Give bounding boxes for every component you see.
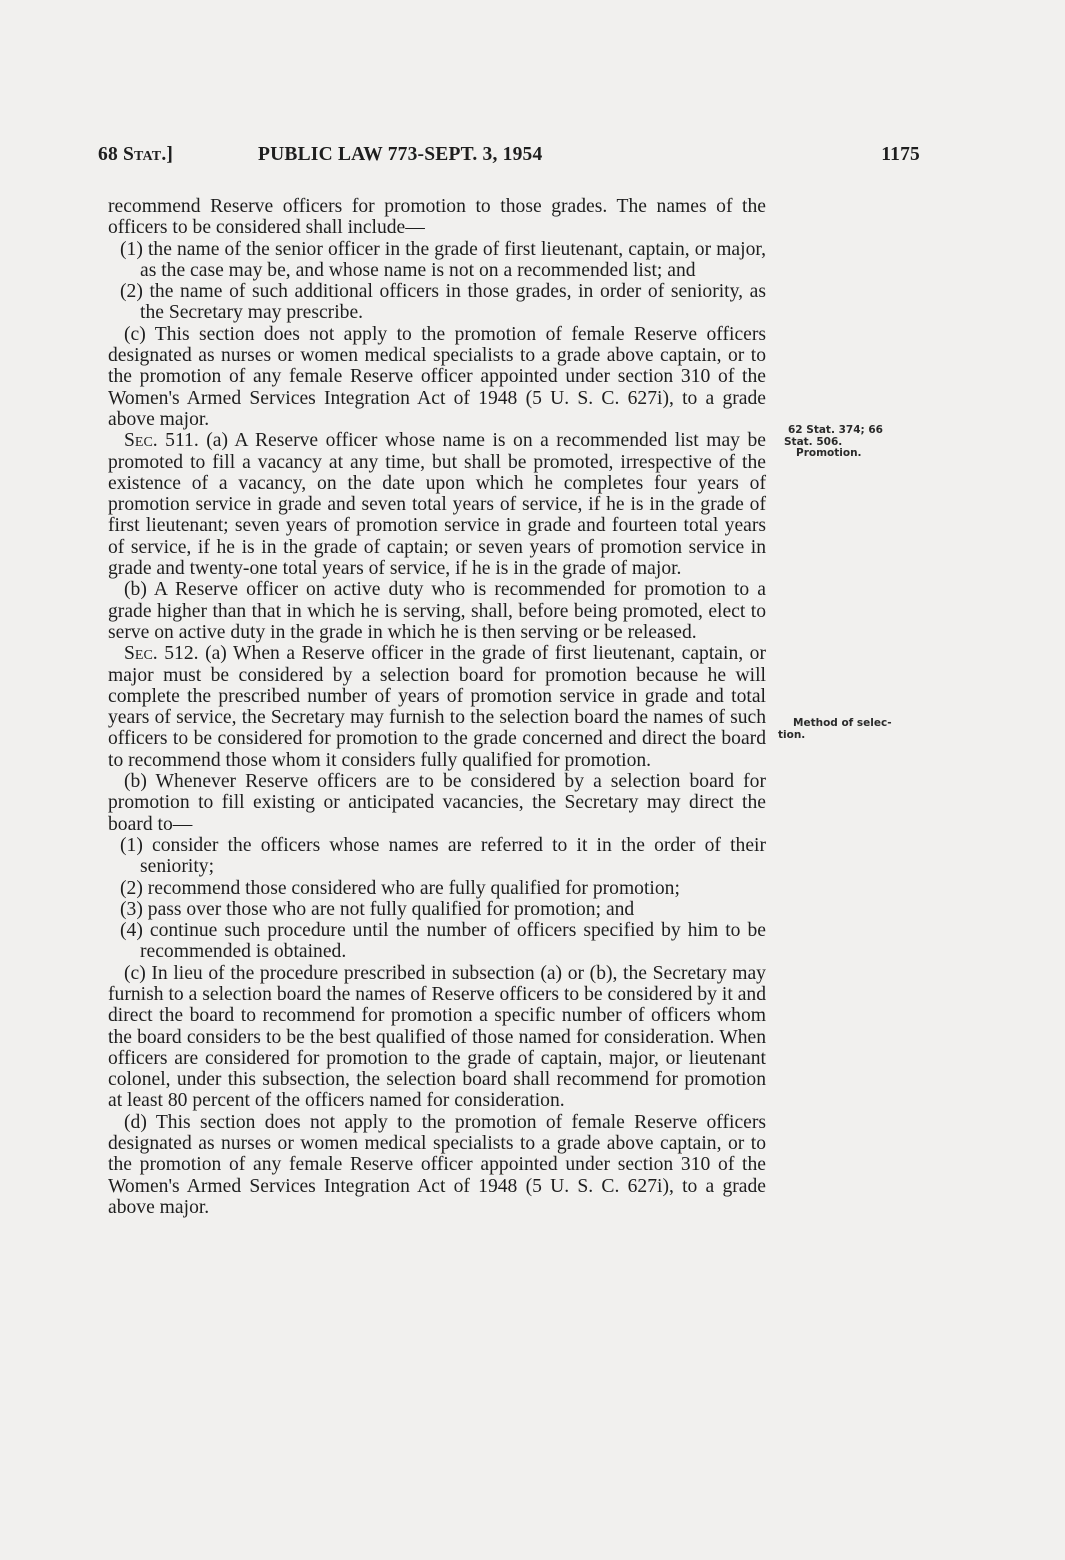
item-text: consider the officers whose names are re… <box>140 835 766 877</box>
section-number: Sec. 511. <box>124 430 199 451</box>
list-item: (4) continue such procedure until the nu… <box>92 920 766 963</box>
subsection-paragraph: (c) This section does not apply to the p… <box>108 324 766 430</box>
margin-note-line: tion. <box>778 730 892 742</box>
paragraph-text: This section does not apply to the promo… <box>108 324 766 430</box>
header-title: PUBLIC LAW 773-SEPT. 3, 1954 <box>258 144 542 166</box>
section-paragraph: Sec. 511. (a) A Reserve officer whose na… <box>108 430 766 579</box>
paragraph-text: This section does not apply to the promo… <box>108 1112 766 1218</box>
list-item: (2) the name of such additional officers… <box>92 281 766 324</box>
subsection-paragraph: (b) Whenever Reserve officers are to be … <box>108 771 766 835</box>
subsection-paragraph: (d) This section does not apply to the p… <box>108 1112 766 1218</box>
list-item: (2) recommend those considered who are f… <box>92 878 766 899</box>
item-text: recommend those considered who are fully… <box>148 878 680 899</box>
subsection-label: (b) <box>124 579 147 600</box>
margin-note-line: 62 Stat. 374; 66 <box>784 425 883 437</box>
margin-note-line: Method of selec- <box>778 718 892 730</box>
paragraph-text: A Reserve officer whose name is on a rec… <box>108 430 766 579</box>
list-item: (1) consider the officers whose names ar… <box>92 835 766 878</box>
paragraph-text: recommend Reserve officers for promotion… <box>108 196 766 238</box>
margin-note-promotion: Promotion. <box>796 448 862 460</box>
subsection-label: (c) <box>124 963 146 984</box>
subsection-label: (d) <box>124 1112 147 1133</box>
item-text: continue such procedure until the number… <box>140 920 766 962</box>
item-text: the name of the senior officer in the gr… <box>140 239 766 281</box>
item-label: (2) <box>120 281 143 302</box>
paragraph-text: A Reserve officer on active duty who is … <box>108 579 766 643</box>
subsection-paragraph: (b) A Reserve officer on active duty who… <box>108 579 766 643</box>
subsection-label: (b) <box>124 771 147 792</box>
paragraph-text: In lieu of the procedure prescribed in s… <box>108 963 766 1112</box>
document-page: 68 Stat.] PUBLIC LAW 773-SEPT. 3, 1954 1… <box>0 0 1065 1560</box>
running-header: 68 Stat.] PUBLIC LAW 773-SEPT. 3, 1954 1… <box>98 144 920 174</box>
item-label: (4) <box>120 920 143 941</box>
item-label: (1) <box>120 835 143 856</box>
section-number: Sec. 512. <box>124 643 199 664</box>
list-item: (1) the name of the senior officer in th… <box>92 239 766 282</box>
body-text: recommend Reserve officers for promotion… <box>108 196 766 1218</box>
item-text: the name of such additional officers in … <box>140 281 766 323</box>
subsection-label: (a) <box>206 430 228 451</box>
volume-reference: 68 Stat.] <box>98 144 173 166</box>
section-paragraph: Sec. 512. (a) When a Reserve officer in … <box>108 643 766 771</box>
item-label: (3) <box>120 899 143 920</box>
margin-note-method-of-selection: Method of selec- tion. <box>778 718 892 741</box>
page-number: 1175 <box>881 144 920 166</box>
item-label: (1) <box>120 239 143 260</box>
continuation-paragraph: recommend Reserve officers for promotion… <box>108 196 766 239</box>
paragraph-text: Whenever Reserve officers are to be cons… <box>108 771 766 835</box>
subsection-label: (a) <box>205 643 227 664</box>
subsection-paragraph: (c) In lieu of the procedure prescribed … <box>108 963 766 1112</box>
item-label: (2) <box>120 878 143 899</box>
item-text: pass over those who are not fully qualif… <box>148 899 634 920</box>
list-item: (3) pass over those who are not fully qu… <box>92 899 766 920</box>
margin-note-citation: 62 Stat. 374; 66 Stat. 506. <box>784 425 883 448</box>
subsection-label: (c) <box>124 324 146 345</box>
